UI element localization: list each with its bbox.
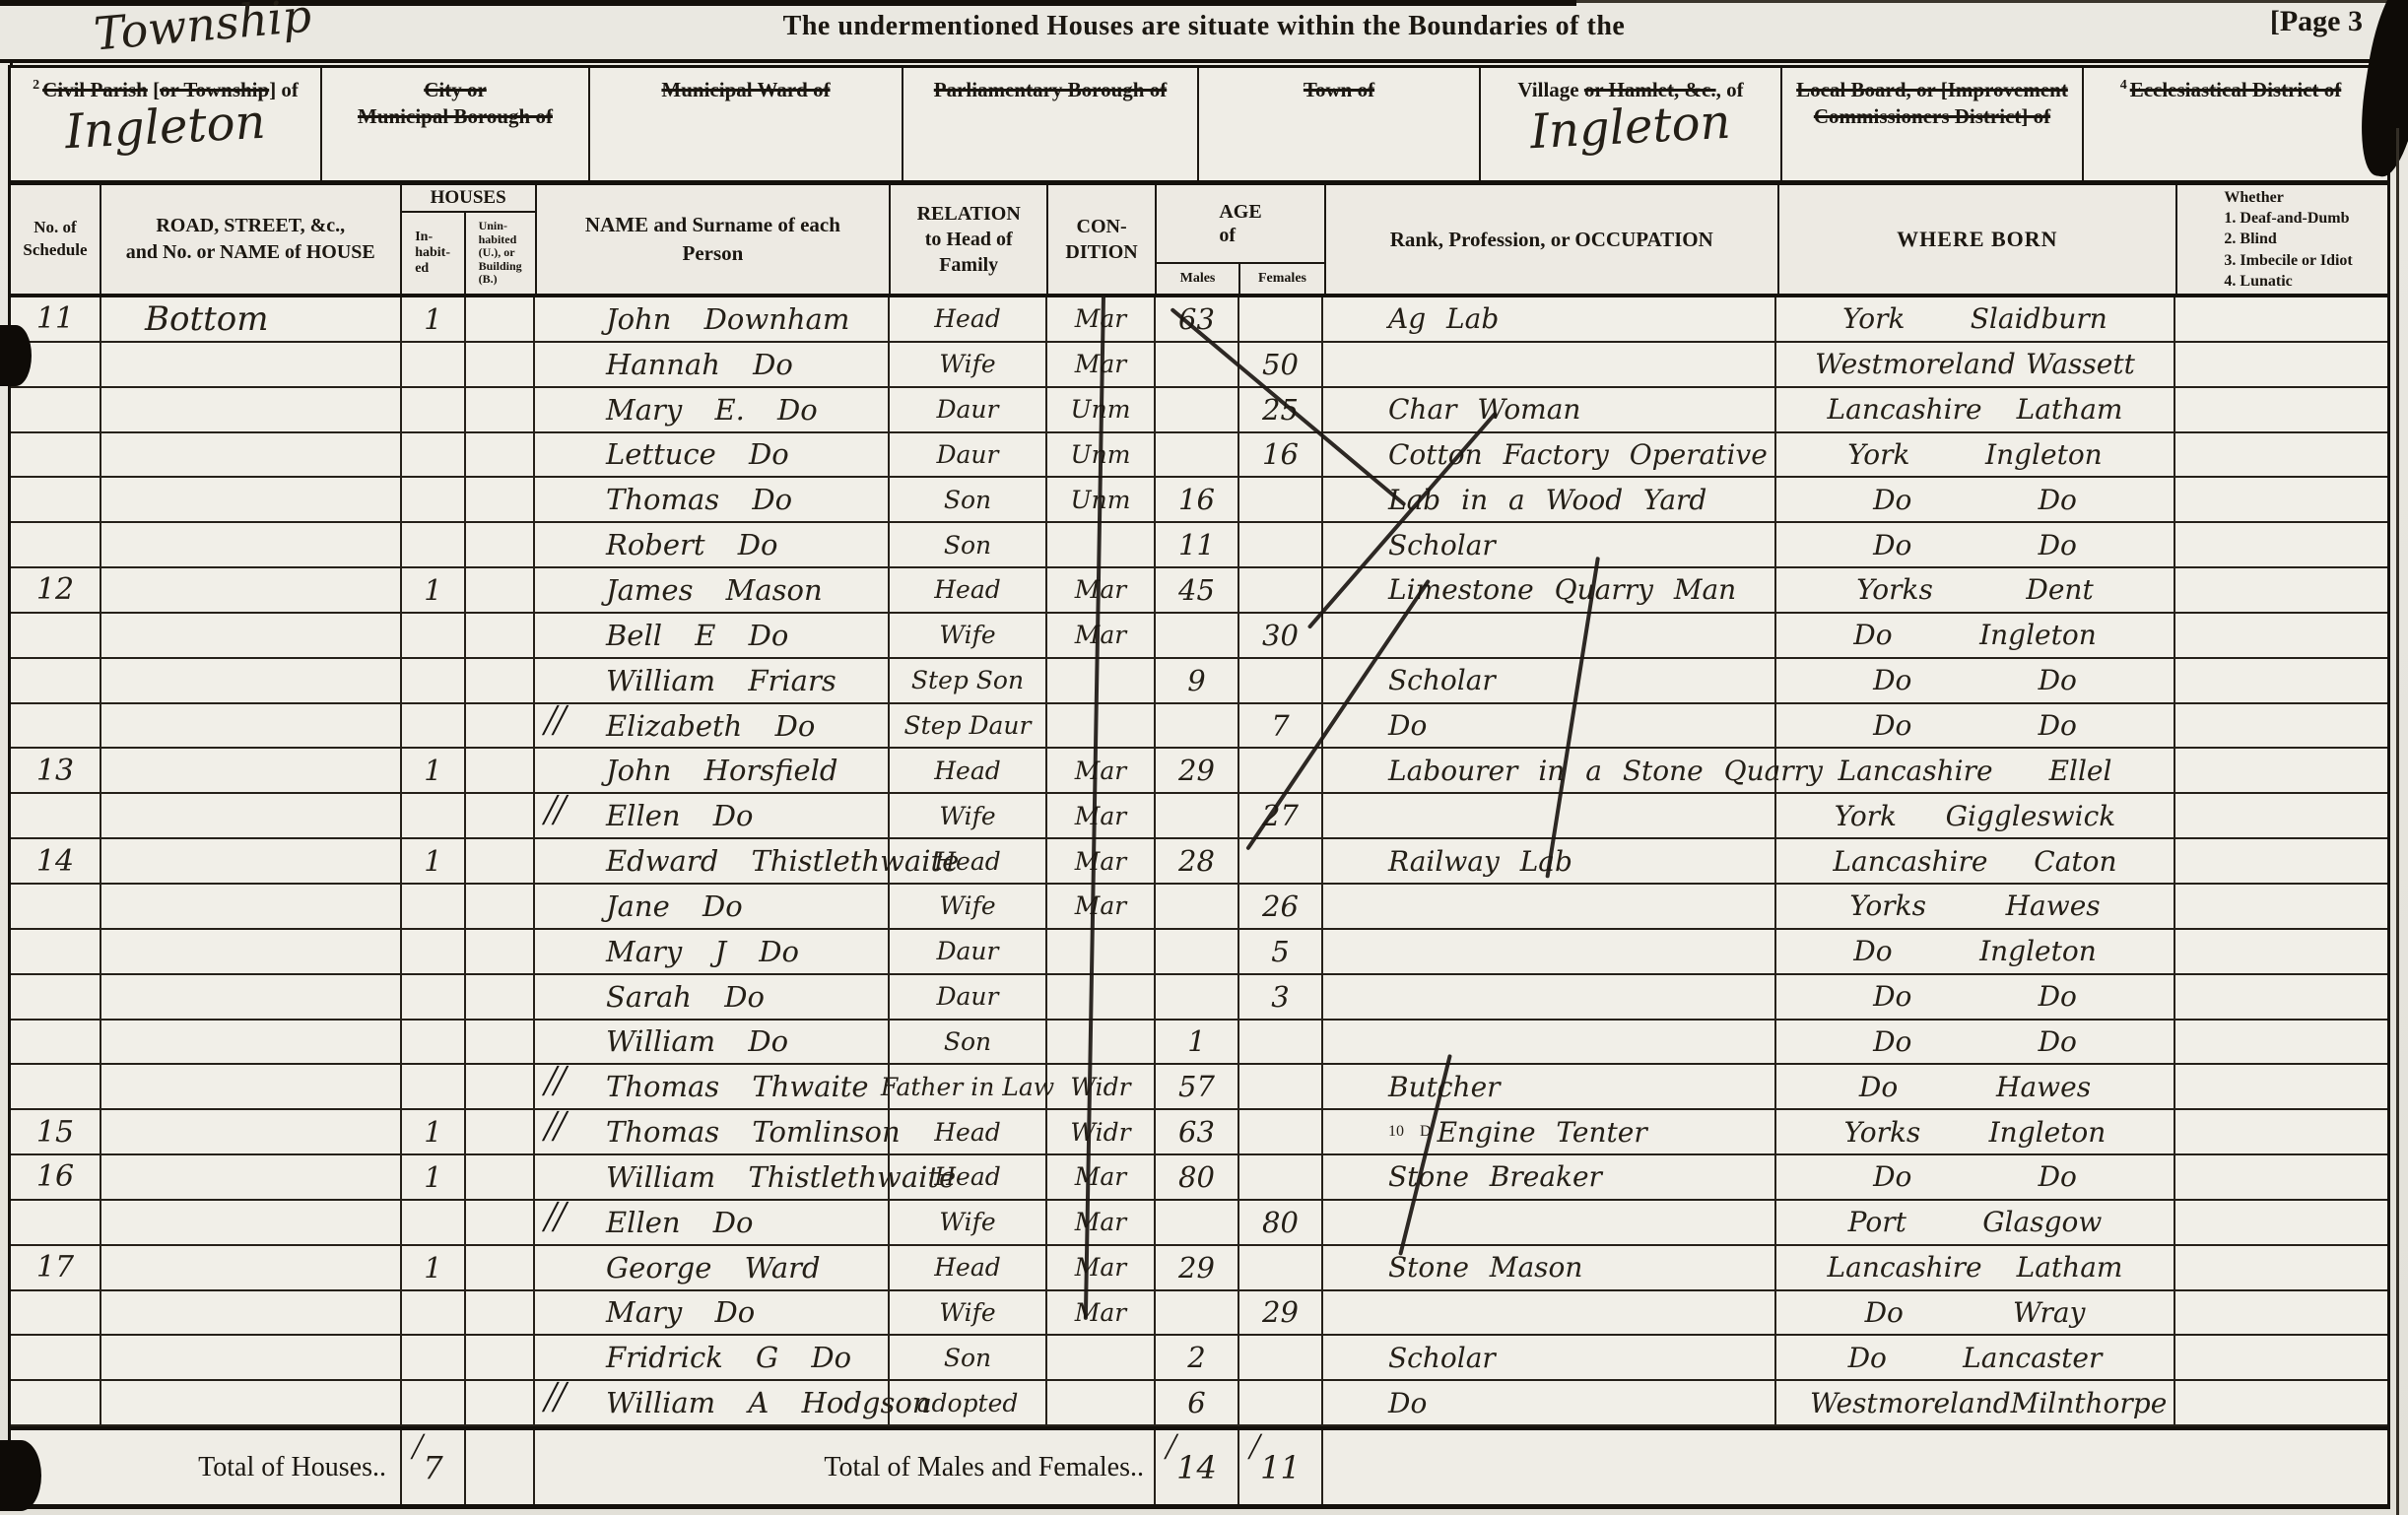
cell-street: Bottom bbox=[101, 297, 402, 341]
cell-uninhabited bbox=[466, 297, 535, 341]
household-mark: ╱╱ bbox=[543, 1067, 562, 1096]
cell-age-female bbox=[1239, 749, 1323, 792]
cell-occupation bbox=[1323, 343, 1776, 386]
header-relation: RELATION to Head of Family bbox=[891, 185, 1048, 294]
born-token: Do bbox=[1873, 1160, 1911, 1193]
cell-name: ╱╱Thomas Tomlinson bbox=[535, 1110, 890, 1153]
born-token: Do bbox=[1873, 664, 1911, 696]
cell-occupation bbox=[1323, 614, 1776, 657]
boundary-label-part: Municipal Ward of bbox=[661, 78, 830, 101]
cell-relation: Head bbox=[890, 749, 1047, 792]
cell-condition: Mar bbox=[1047, 614, 1156, 657]
person-name: Ellen Do bbox=[606, 1206, 754, 1239]
header-road-street: ROAD, STREET, &c., and No. or NAME of HO… bbox=[101, 185, 402, 294]
cell-disability bbox=[2175, 885, 2385, 928]
cell-age-male: 11 bbox=[1156, 523, 1239, 566]
cell-name: Sarah Do bbox=[535, 975, 890, 1019]
cell-schedule bbox=[11, 1336, 101, 1379]
household-mark: ╱╱ bbox=[543, 1203, 562, 1232]
cell-disability bbox=[2175, 704, 2385, 748]
cell-schedule: 16 bbox=[11, 1155, 101, 1199]
census-page-scan: Township The undermentioned Houses are s… bbox=[0, 0, 2408, 1515]
cell-inhabited bbox=[402, 794, 466, 837]
cell-where-born: YorksDent bbox=[1776, 568, 2175, 612]
table-row: Mary DoWifeMar29DoWray bbox=[11, 1291, 2387, 1337]
cell-disability bbox=[2175, 1021, 2385, 1064]
occupation-text: Stone Breaker bbox=[1388, 1160, 1602, 1193]
person-name: Lettuce Do bbox=[606, 437, 789, 471]
header-houses-group: HOUSES In- habit- ed Unin- habited (U.),… bbox=[402, 185, 537, 294]
total-males-value: 14 bbox=[1176, 1449, 1217, 1486]
person-name: Thomas Thwaite bbox=[606, 1070, 869, 1103]
cell-where-born: YorkSlaidburn bbox=[1776, 297, 2175, 341]
cell-schedule: 15 bbox=[11, 1110, 101, 1153]
totals-uninhabited-cell bbox=[466, 1430, 535, 1504]
cell-schedule bbox=[11, 659, 101, 702]
cell-occupation bbox=[1323, 1021, 1776, 1064]
born-token: Do bbox=[1873, 980, 1911, 1013]
cell-occupation: Scholar bbox=[1323, 1336, 1776, 1379]
cell-street bbox=[101, 1201, 402, 1244]
person-name: William A Hodgson bbox=[606, 1386, 930, 1419]
cell-relation: Daur bbox=[890, 388, 1047, 431]
cell-condition: Mar bbox=[1047, 885, 1156, 928]
cell-inhabited bbox=[402, 659, 466, 702]
person-name: Mary Do bbox=[606, 1295, 755, 1329]
cell-uninhabited bbox=[466, 885, 535, 928]
cell-age-female: 30 bbox=[1239, 614, 1323, 657]
cell-where-born: DoDo bbox=[1776, 478, 2175, 521]
boundary-label: Parliamentary Borough of bbox=[934, 68, 1167, 103]
born-token: Port bbox=[1848, 1206, 1906, 1238]
boundary-label-part: ] of bbox=[269, 78, 299, 101]
cell-condition: Unm bbox=[1047, 478, 1156, 521]
cell-uninhabited bbox=[466, 478, 535, 521]
table-row: William FriarsStep Son9ScholarDoDo bbox=[11, 659, 2387, 704]
boundary-label-part: Village bbox=[1517, 78, 1583, 101]
cell-uninhabited bbox=[466, 1291, 535, 1335]
table-row: ╱╱Elizabeth DoStep Daur7DoDoDo bbox=[11, 704, 2387, 750]
cell-name: ╱╱Ellen Do bbox=[535, 1201, 890, 1244]
table-row: ╱╱William A Hodgsonadopted6DoWestmorelan… bbox=[11, 1381, 2387, 1426]
boundary-cell: Municipal Ward of bbox=[590, 68, 903, 180]
header-houses: HOUSES bbox=[402, 185, 535, 213]
cell-where-born: DoDo bbox=[1776, 704, 2175, 748]
cell-name: ╱╱William A Hodgson bbox=[535, 1381, 890, 1424]
cell-uninhabited bbox=[466, 1065, 535, 1108]
occupation-text: Char Woman bbox=[1388, 393, 1580, 426]
cell-age-male bbox=[1156, 885, 1239, 928]
cell-age-female: 16 bbox=[1239, 433, 1323, 477]
born-token: Do bbox=[2039, 1160, 2077, 1193]
cell-street bbox=[101, 1155, 402, 1199]
cell-inhabited: 1 bbox=[402, 568, 466, 612]
boundary-label: City or Municipal Borough of bbox=[358, 68, 553, 131]
born-token: Do bbox=[1853, 619, 1892, 651]
cell-relation: Head bbox=[890, 1246, 1047, 1289]
header-inhabited: In- habit- ed bbox=[402, 213, 466, 294]
cell-occupation: Butcher bbox=[1323, 1065, 1776, 1108]
boundary-label: 4Ecclesiastical District of bbox=[2120, 68, 2342, 103]
cell-condition: Mar bbox=[1047, 1155, 1156, 1199]
cell-street bbox=[101, 885, 402, 928]
boundary-cell: Local Board, or [Improvement Commissione… bbox=[1782, 68, 2084, 180]
cell-schedule: 17 bbox=[11, 1246, 101, 1289]
cell-condition: Unm bbox=[1047, 388, 1156, 431]
cell-disability bbox=[2175, 1155, 2385, 1199]
cell-relation: Daur bbox=[890, 930, 1047, 973]
cell-street bbox=[101, 930, 402, 973]
cell-age-female: 3 bbox=[1239, 975, 1323, 1019]
cell-inhabited: 1 bbox=[402, 1155, 466, 1199]
born-token: York bbox=[1835, 800, 1897, 832]
cell-street bbox=[101, 1021, 402, 1064]
cell-where-born: DoLancaster bbox=[1776, 1336, 2175, 1379]
cell-occupation bbox=[1323, 794, 1776, 837]
cell-name: Thomas Do bbox=[535, 478, 890, 521]
cell-inhabited bbox=[402, 388, 466, 431]
boundary-cell: City or Municipal Borough of bbox=[322, 68, 590, 180]
person-name: William Do bbox=[606, 1024, 788, 1058]
cell-age-male bbox=[1156, 794, 1239, 837]
cell-where-born: YorksHawes bbox=[1776, 885, 2175, 928]
cell-street bbox=[101, 523, 402, 566]
boundary-label-part: City or Municipal Borough of bbox=[358, 78, 553, 128]
table-row: 131John HorsfieldHeadMar29Labourer in a … bbox=[11, 749, 2387, 794]
cell-occupation bbox=[1323, 1201, 1776, 1244]
cell-disability bbox=[2175, 523, 2385, 566]
cell-name: Mary Do bbox=[535, 1291, 890, 1335]
born-token: Latham bbox=[2017, 393, 2123, 426]
born-token: Dent bbox=[2026, 573, 2093, 606]
cell-age-male bbox=[1156, 1201, 1239, 1244]
cell-schedule bbox=[11, 930, 101, 973]
cell-age-male bbox=[1156, 614, 1239, 657]
occupation-text: Railway Lab bbox=[1388, 845, 1572, 878]
cell-condition: Unm bbox=[1047, 433, 1156, 477]
cell-schedule bbox=[11, 1381, 101, 1424]
cell-age-female bbox=[1239, 1110, 1323, 1153]
cell-age-female: 25 bbox=[1239, 388, 1323, 431]
cell-uninhabited bbox=[466, 1021, 535, 1064]
born-token: Yorks bbox=[1856, 573, 1933, 606]
totals-empty-cell bbox=[1323, 1430, 2387, 1504]
header-age: AGE of bbox=[1157, 185, 1324, 262]
cell-age-female: 80 bbox=[1239, 1201, 1323, 1244]
cell-age-female bbox=[1239, 523, 1323, 566]
cell-condition: Mar bbox=[1047, 1291, 1156, 1335]
person-name: William Thistlethwaite bbox=[606, 1160, 956, 1194]
born-token: Do bbox=[1859, 1071, 1898, 1103]
cell-uninhabited bbox=[466, 975, 535, 1019]
born-token: Giggleswick bbox=[1946, 800, 2116, 832]
cell-uninhabited bbox=[466, 388, 535, 431]
cell-where-born: LancashireLatham bbox=[1776, 388, 2175, 431]
cell-schedule bbox=[11, 523, 101, 566]
cell-age-male bbox=[1156, 975, 1239, 1019]
household-mark: ╱╱ bbox=[543, 1383, 562, 1413]
cell-age-female bbox=[1239, 1021, 1323, 1064]
cell-condition bbox=[1047, 1381, 1156, 1424]
cell-disability bbox=[2175, 749, 2385, 792]
cell-name: John Horsfield bbox=[535, 749, 890, 792]
cell-name: Edward Thistlethwaite bbox=[535, 839, 890, 883]
cell-where-born: LancashireLatham bbox=[1776, 1246, 2175, 1289]
cell-schedule bbox=[11, 885, 101, 928]
born-token: Do bbox=[1873, 709, 1911, 742]
cell-disability bbox=[2175, 1065, 2385, 1108]
cell-street bbox=[101, 659, 402, 702]
cell-disability bbox=[2175, 343, 2385, 386]
cell-age-male: 45 bbox=[1156, 568, 1239, 612]
cell-age-male bbox=[1156, 388, 1239, 431]
cell-relation: Son bbox=[890, 1021, 1047, 1064]
cell-name: Hannah Do bbox=[535, 343, 890, 386]
born-token: Ellel bbox=[2049, 755, 2112, 787]
cell-uninhabited bbox=[466, 1336, 535, 1379]
cell-street bbox=[101, 1291, 402, 1335]
cell-condition: Mar bbox=[1047, 1246, 1156, 1289]
cell-name: James Mason bbox=[535, 568, 890, 612]
boundary-value: Ingleton bbox=[64, 95, 267, 161]
born-token: Lancashire bbox=[1839, 755, 1993, 787]
table-row: ╱╱Ellen DoWifeMar27YorkGiggleswick bbox=[11, 794, 2387, 839]
table-row: 171George WardHeadMar29Stone MasonLancas… bbox=[11, 1246, 2387, 1291]
totals-females-cell: 11 bbox=[1239, 1430, 1323, 1504]
born-token: Do bbox=[2039, 529, 2077, 561]
cell-condition: Mar bbox=[1047, 839, 1156, 883]
cell-street bbox=[101, 478, 402, 521]
cell-schedule bbox=[11, 343, 101, 386]
header-uninhabited: Unin- habited (U.), or Building (B.) bbox=[466, 213, 535, 294]
cell-inhabited bbox=[402, 433, 466, 477]
cell-relation: Head bbox=[890, 1110, 1047, 1153]
cell-condition: Mar bbox=[1047, 343, 1156, 386]
born-token: Milnthorpe bbox=[2011, 1387, 2168, 1419]
cell-schedule: 12 bbox=[11, 568, 101, 612]
cell-age-female: 7 bbox=[1239, 704, 1323, 748]
person-name: Ellen Do bbox=[606, 799, 754, 832]
cell-inhabited bbox=[402, 704, 466, 748]
total-males-females-label: Total of Males and Females.. bbox=[824, 1452, 1144, 1483]
cell-age-male: 63 bbox=[1156, 1110, 1239, 1153]
cell-condition bbox=[1047, 704, 1156, 748]
cell-name: Robert Do bbox=[535, 523, 890, 566]
total-houses-value: 7 bbox=[423, 1449, 442, 1486]
born-token: Ingleton bbox=[1979, 619, 2097, 651]
cell-street bbox=[101, 975, 402, 1019]
cell-age-female bbox=[1239, 839, 1323, 883]
cell-age-male: 80 bbox=[1156, 1155, 1239, 1199]
cell-where-born: YorksIngleton bbox=[1776, 1110, 2175, 1153]
born-token: Do bbox=[2039, 1025, 2077, 1058]
born-token: Do bbox=[1865, 1296, 1904, 1329]
cell-uninhabited bbox=[466, 704, 535, 748]
cell-street bbox=[101, 839, 402, 883]
cell-condition bbox=[1047, 659, 1156, 702]
boundary-label: Municipal Ward of bbox=[661, 68, 830, 103]
cell-uninhabited bbox=[466, 433, 535, 477]
cell-relation: Wife bbox=[890, 343, 1047, 386]
born-token: York bbox=[1847, 438, 1909, 471]
person-name: John Horsfield bbox=[606, 754, 838, 787]
cell-relation: Step Son bbox=[890, 659, 1047, 702]
occupation-text: Scholar bbox=[1388, 664, 1496, 696]
cell-condition: Widr bbox=[1047, 1110, 1156, 1153]
cell-disability bbox=[2175, 659, 2385, 702]
person-name: Mary J Do bbox=[606, 935, 799, 968]
cell-occupation: Stone Breaker bbox=[1323, 1155, 1776, 1199]
boundary-cell: Town of bbox=[1199, 68, 1481, 180]
cell-occupation bbox=[1323, 1291, 1776, 1335]
born-token: Caton bbox=[2034, 845, 2116, 878]
cell-occupation: Do bbox=[1323, 704, 1776, 748]
cell-name: William Friars bbox=[535, 659, 890, 702]
cell-where-born: WestmorelandMilnthorpe bbox=[1776, 1381, 2175, 1424]
cell-schedule bbox=[11, 614, 101, 657]
person-name: Mary E. Do bbox=[606, 393, 818, 427]
cell-schedule: 14 bbox=[11, 839, 101, 883]
occupation-text: Stone Mason bbox=[1388, 1251, 1582, 1284]
cell-relation: Son bbox=[890, 478, 1047, 521]
cell-age-male: 2 bbox=[1156, 1336, 1239, 1379]
cell-inhabited bbox=[402, 343, 466, 386]
cell-uninhabited bbox=[466, 1246, 535, 1289]
cell-age-male: 1 bbox=[1156, 1021, 1239, 1064]
cell-relation: Head bbox=[890, 297, 1047, 341]
cell-schedule bbox=[11, 794, 101, 837]
born-token: Slaidburn bbox=[1971, 302, 2107, 335]
person-name: George Ward bbox=[606, 1251, 821, 1284]
cell-relation: Wife bbox=[890, 1201, 1047, 1244]
cell-name: ╱╱Thomas Thwaite bbox=[535, 1065, 890, 1108]
table-row: 151╱╱Thomas TomlinsonHeadWidr6310 DEngin… bbox=[11, 1110, 2387, 1155]
cell-street bbox=[101, 614, 402, 657]
cell-uninhabited bbox=[466, 1381, 535, 1424]
cell-name: John Downham bbox=[535, 297, 890, 341]
occupation-text: Butcher bbox=[1388, 1071, 1501, 1103]
cell-relation: Son bbox=[890, 1336, 1047, 1379]
cell-where-born: DoDo bbox=[1776, 975, 2175, 1019]
household-mark: ╱╱ bbox=[543, 796, 562, 825]
cell-disability bbox=[2175, 1381, 2385, 1424]
boundary-footnote-marker: 2 bbox=[33, 78, 39, 93]
person-name: Sarah Do bbox=[606, 980, 765, 1014]
cell-relation: Father in Law bbox=[890, 1065, 1047, 1108]
born-token: Lancashire bbox=[1828, 393, 1982, 426]
cell-where-born: YorkIngleton bbox=[1776, 433, 2175, 477]
cell-age-male bbox=[1156, 433, 1239, 477]
born-token: Do bbox=[1853, 935, 1892, 967]
cell-occupation: Cotton Factory Operative bbox=[1323, 433, 1776, 477]
table-row: Bell E DoWifeMar30DoIngleton bbox=[11, 614, 2387, 659]
cell-age-female bbox=[1239, 659, 1323, 702]
table-row: 121James MasonHeadMar45Limestone Quarry … bbox=[11, 568, 2387, 614]
cell-name: Fridrick G Do bbox=[535, 1336, 890, 1379]
cell-inhabited bbox=[402, 1336, 466, 1379]
census-table: No. of Schedule ROAD, STREET, &c., and N… bbox=[8, 185, 2390, 1509]
cell-inhabited: 1 bbox=[402, 749, 466, 792]
cell-uninhabited bbox=[466, 568, 535, 612]
cell-age-female: 27 bbox=[1239, 794, 1323, 837]
cell-condition bbox=[1047, 1021, 1156, 1064]
cell-inhabited: 1 bbox=[402, 1246, 466, 1289]
cell-disability bbox=[2175, 568, 2385, 612]
cell-age-male: 28 bbox=[1156, 839, 1239, 883]
cell-uninhabited bbox=[466, 343, 535, 386]
person-name: Hannah Do bbox=[606, 348, 793, 381]
occupation-text: Limestone Quarry Man bbox=[1388, 573, 1736, 606]
header-name: NAME and Surname of each Person bbox=[537, 185, 892, 294]
table-header: No. of Schedule ROAD, STREET, &c., and N… bbox=[11, 185, 2387, 297]
cell-age-female bbox=[1239, 1246, 1323, 1289]
cell-name: ╱╱Ellen Do bbox=[535, 794, 890, 837]
born-token: Do bbox=[1873, 1025, 1911, 1058]
cell-disability bbox=[2175, 1110, 2385, 1153]
page-title: The undermentioned Houses are situate wi… bbox=[783, 11, 1626, 42]
cell-inhabited bbox=[402, 478, 466, 521]
cell-condition: Mar bbox=[1047, 568, 1156, 612]
table-row: Sarah DoDaur3DoDo bbox=[11, 975, 2387, 1021]
cell-uninhabited bbox=[466, 1110, 535, 1153]
born-token: Do bbox=[1873, 484, 1911, 516]
boundary-label-part: Parliamentary Borough of bbox=[934, 78, 1167, 101]
cell-inhabited bbox=[402, 975, 466, 1019]
born-token: Westmoreland bbox=[1815, 348, 2016, 380]
cell-disability bbox=[2175, 297, 2385, 341]
cell-inhabited bbox=[402, 1065, 466, 1108]
boundary-label-part: Town of bbox=[1304, 78, 1374, 101]
page-number: [Page 3 bbox=[2270, 5, 2363, 38]
table-row: Lettuce DoDaurUnm16Cotton Factory Operat… bbox=[11, 433, 2387, 479]
scan-top-edge-thin bbox=[1576, 0, 2408, 3]
table-row: ╱╱Thomas ThwaiteFather in LawWidr57Butch… bbox=[11, 1065, 2387, 1110]
totals-houses-label-cell: Total of Houses.. bbox=[11, 1430, 402, 1504]
cell-uninhabited bbox=[466, 659, 535, 702]
cell-where-born: DoDo bbox=[1776, 659, 2175, 702]
table-row: 161William ThistlethwaiteHeadMar80Stone … bbox=[11, 1155, 2387, 1201]
boundary-label: Local Board, or [Improvement Commissione… bbox=[1796, 68, 2068, 131]
person-name: Edward Thistlethwaite bbox=[606, 844, 959, 878]
table-row: 141Edward ThistlethwaiteHeadMar28Railway… bbox=[11, 839, 2387, 885]
cell-age-male: 57 bbox=[1156, 1065, 1239, 1108]
cell-age-male bbox=[1156, 930, 1239, 973]
cell-street bbox=[101, 388, 402, 431]
person-name: Fridrick G Do bbox=[606, 1341, 851, 1374]
table-body: 11Bottom1John DownhamHeadMar63Ag LabYork… bbox=[11, 297, 2387, 1426]
cell-disability bbox=[2175, 794, 2385, 837]
cell-age-female bbox=[1239, 1155, 1323, 1199]
cell-uninhabited bbox=[466, 1155, 535, 1199]
header-males: Males bbox=[1157, 264, 1240, 294]
cell-street bbox=[101, 1246, 402, 1289]
cell-age-male bbox=[1156, 343, 1239, 386]
cell-uninhabited bbox=[466, 523, 535, 566]
header-occupation: Rank, Profession, or OCCUPATION bbox=[1326, 185, 1779, 294]
header-disabilities: Whether 1. Deaf-and-Dumb 2. Blind 3. Imb… bbox=[2177, 185, 2387, 294]
cell-age-male: 6 bbox=[1156, 1381, 1239, 1424]
born-token: Westmoreland bbox=[1810, 1387, 2011, 1419]
total-houses-label: Total of Houses.. bbox=[198, 1452, 386, 1483]
cell-street bbox=[101, 749, 402, 792]
cell-schedule: 11 bbox=[11, 297, 101, 341]
cell-occupation: Railway Lab bbox=[1323, 839, 1776, 883]
occupation-text: Lab in a Wood Yard bbox=[1388, 484, 1706, 516]
cell-name: Jane Do bbox=[535, 885, 890, 928]
table-row: Hannah DoWifeMar50WestmorelandWassett bbox=[11, 343, 2387, 388]
cell-condition bbox=[1047, 975, 1156, 1019]
cell-schedule bbox=[11, 1201, 101, 1244]
